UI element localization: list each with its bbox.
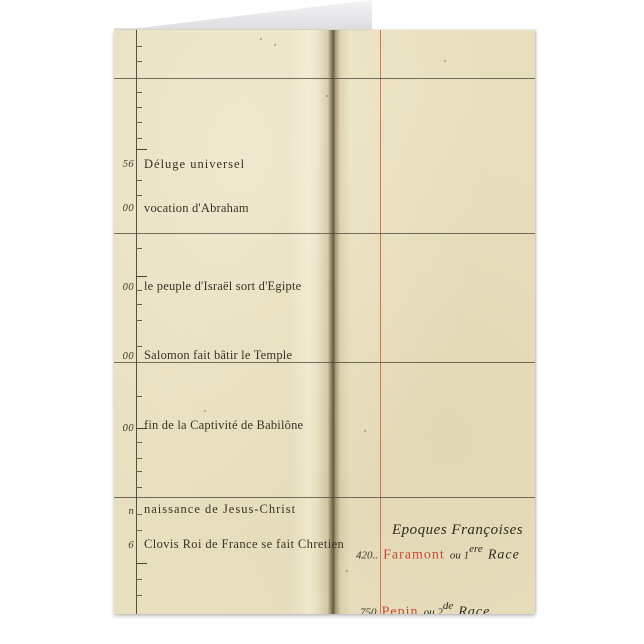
event-label: le peuple d'Israël sort d'Egipte bbox=[144, 279, 328, 294]
epoch-suffix: ou 1 bbox=[450, 549, 469, 561]
axis-tick bbox=[136, 107, 142, 108]
axis-tick bbox=[136, 46, 142, 47]
axis-tick bbox=[136, 149, 147, 150]
paper-speck bbox=[444, 60, 446, 62]
event-year: 6 bbox=[116, 541, 134, 551]
axis-tick bbox=[136, 304, 142, 305]
event-label: fin de la Captivité de Babilône bbox=[144, 418, 340, 433]
event-year: 00 bbox=[116, 283, 134, 293]
axis-tick bbox=[136, 138, 142, 139]
horizontal-rule bbox=[114, 497, 535, 498]
card-back-flap bbox=[114, 0, 372, 31]
horizontal-rule bbox=[114, 233, 535, 234]
epoch-race: Race bbox=[488, 547, 520, 562]
axis-tick bbox=[136, 346, 142, 347]
event-year: 56 bbox=[116, 160, 134, 170]
paper-speck bbox=[346, 570, 348, 572]
paper-speck bbox=[364, 430, 366, 432]
axis-tick bbox=[136, 487, 142, 488]
event-label: Clovis Roi de France se fait Chretien bbox=[144, 537, 344, 552]
event-label: naissance de Jesus-Christ bbox=[144, 502, 296, 517]
epoch-race: Race bbox=[458, 604, 490, 614]
axis-tick bbox=[136, 563, 147, 564]
axis-tick bbox=[136, 248, 142, 249]
axis-tick bbox=[136, 442, 142, 443]
epoch-name: Faramont bbox=[383, 547, 445, 562]
axis-tick bbox=[136, 458, 142, 459]
horizontal-rule bbox=[114, 78, 535, 79]
axis-tick bbox=[136, 595, 142, 596]
epoch-year: 750 bbox=[360, 606, 377, 614]
axis-tick bbox=[136, 122, 142, 123]
axis-tick bbox=[136, 92, 142, 93]
event-label: Salomon fait bâtir le Temple bbox=[144, 348, 292, 363]
axis-tick bbox=[136, 579, 142, 580]
epoch-year: 420 bbox=[356, 549, 373, 561]
timeline-axis bbox=[136, 30, 137, 614]
paper-speck bbox=[204, 410, 206, 412]
epoch-entry: 750 Pepin ou 2de Race bbox=[360, 600, 490, 614]
paper-speck bbox=[260, 38, 262, 40]
axis-tick bbox=[136, 180, 142, 181]
greeting-card-chronology: 56 Déluge universel 00 vocation d'Abraha… bbox=[114, 30, 535, 614]
axis-tick bbox=[136, 471, 142, 472]
axis-tick bbox=[136, 276, 147, 277]
event-year: 00 bbox=[116, 204, 134, 214]
epoch-suffix: ou 2 bbox=[424, 606, 443, 614]
book-gutter-fold bbox=[318, 30, 350, 614]
axis-tick bbox=[136, 530, 142, 531]
axis-tick bbox=[136, 61, 142, 62]
event-label: Déluge universel bbox=[144, 157, 245, 172]
paper-speck bbox=[274, 44, 276, 46]
event-year: 00 bbox=[116, 352, 134, 362]
event-year: 00 bbox=[116, 424, 134, 434]
epoch-name: Pepin bbox=[382, 604, 419, 614]
axis-tick bbox=[136, 320, 142, 321]
epoch-entry: 420.. Faramont ou 1ere Race bbox=[356, 543, 520, 563]
event-year: n bbox=[116, 507, 134, 517]
event-label: vocation d'Abraham bbox=[144, 201, 249, 216]
red-margin-line bbox=[380, 30, 381, 614]
axis-tick bbox=[136, 396, 142, 397]
paper-speck bbox=[326, 95, 328, 97]
page-gutter-highlight bbox=[290, 30, 320, 614]
axis-tick bbox=[136, 195, 142, 196]
epoques-heading: Epoques Françoises bbox=[392, 522, 523, 539]
axis-tick bbox=[136, 514, 142, 515]
axis-tick bbox=[136, 290, 142, 291]
